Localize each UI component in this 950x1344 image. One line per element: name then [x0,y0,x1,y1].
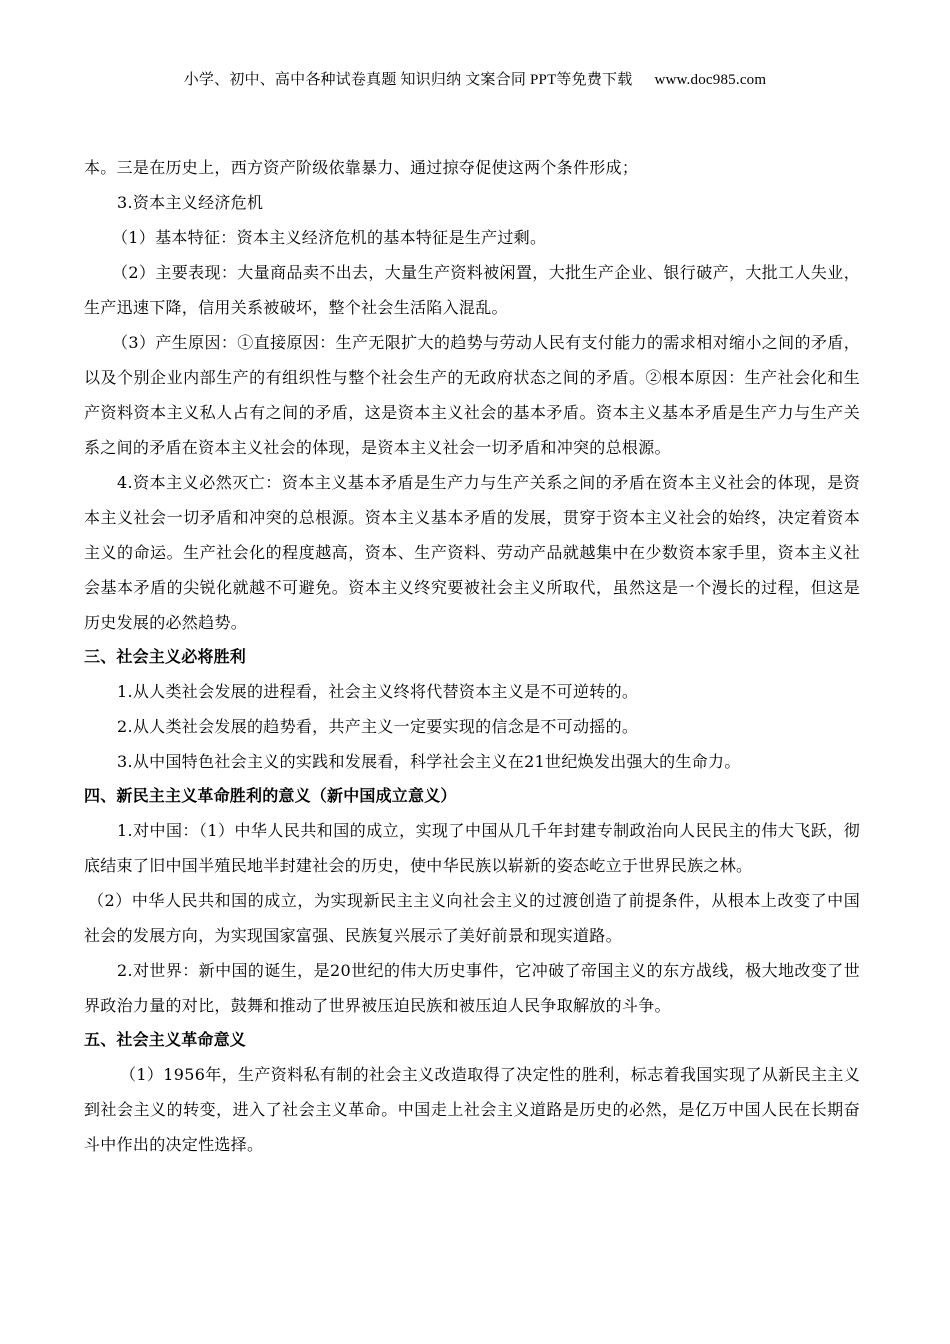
paragraph-basic-feature: （1）基本特征：资本主义经济危机的基本特征是生产过剩。 [84,220,860,255]
list-item-socialism-2: 2.从人类社会发展的趋势看，共产主义一定要实现的信念是不可动摇的。 [84,709,860,744]
header-site-link[interactable]: www.doc985.com [654,72,766,88]
document-body: 本。三是在历史上，西方资产阶级依靠暴力、通过掠夺促使这两个条件形成； 3.资本主… [84,150,860,1162]
paragraph-capitalism-demise: 4.资本主义必然灭亡：资本主义基本矛盾是生产力与生产关系之间的矛盾在资本主义社会… [84,465,860,640]
page-header: 小学、初中、高中各种试卷真题 知识归纳 文案合同 PPT等免费下载www.doc… [0,68,950,92]
paragraph-socialist-revolution: （1）1956年，生产资料私有制的社会主义改造取得了决定性的胜利，标志着我国实现… [84,1057,860,1162]
list-item-socialism-1: 1.从人类社会发展的进程看，社会主义终将代替资本主义是不可逆转的。 [84,674,860,709]
paragraph-continuation: 本。三是在历史上，西方资产阶级依靠暴力、通过掠夺促使这两个条件形成； [84,150,860,185]
list-item-socialism-3: 3.从中国特色社会主义的实践和发展看，科学社会主义在21世纪焕发出强大的生命力。 [84,744,860,779]
section-heading-4: 四、新民主主义革命胜利的意义（新中国成立意义） [84,779,860,813]
paragraph-significance-china-1: 1.对中国：（1）中华人民共和国的成立，实现了中国从几千年封建专制政治向人民民主… [84,813,860,883]
header-promo-text: 小学、初中、高中各种试卷真题 知识归纳 文案合同 PPT等免费下载 [184,72,633,88]
section-heading-3: 三、社会主义必将胜利 [84,640,860,674]
subheading-economic-crisis: 3.资本主义经济危机 [84,185,860,220]
paragraph-causes: （3）产生原因：①直接原因：生产无限扩大的趋势与劳动人民有支付能力的需求相对缩小… [84,325,860,465]
paragraph-significance-china-2: （2）中华人民共和国的成立，为实现新民主主义向社会主义的过渡创造了前提条件，从根… [84,883,860,953]
paragraph-significance-world: 2.对世界：新中国的诞生，是20世纪的伟大历史事件，它冲破了帝国主义的东方战线，… [84,953,860,1023]
paragraph-main-manifestations: （2）主要表现：大量商品卖不出去，大量生产资料被闲置，大批生产企业、银行破产，大… [84,255,860,325]
section-heading-5: 五、社会主义革命意义 [84,1023,860,1057]
